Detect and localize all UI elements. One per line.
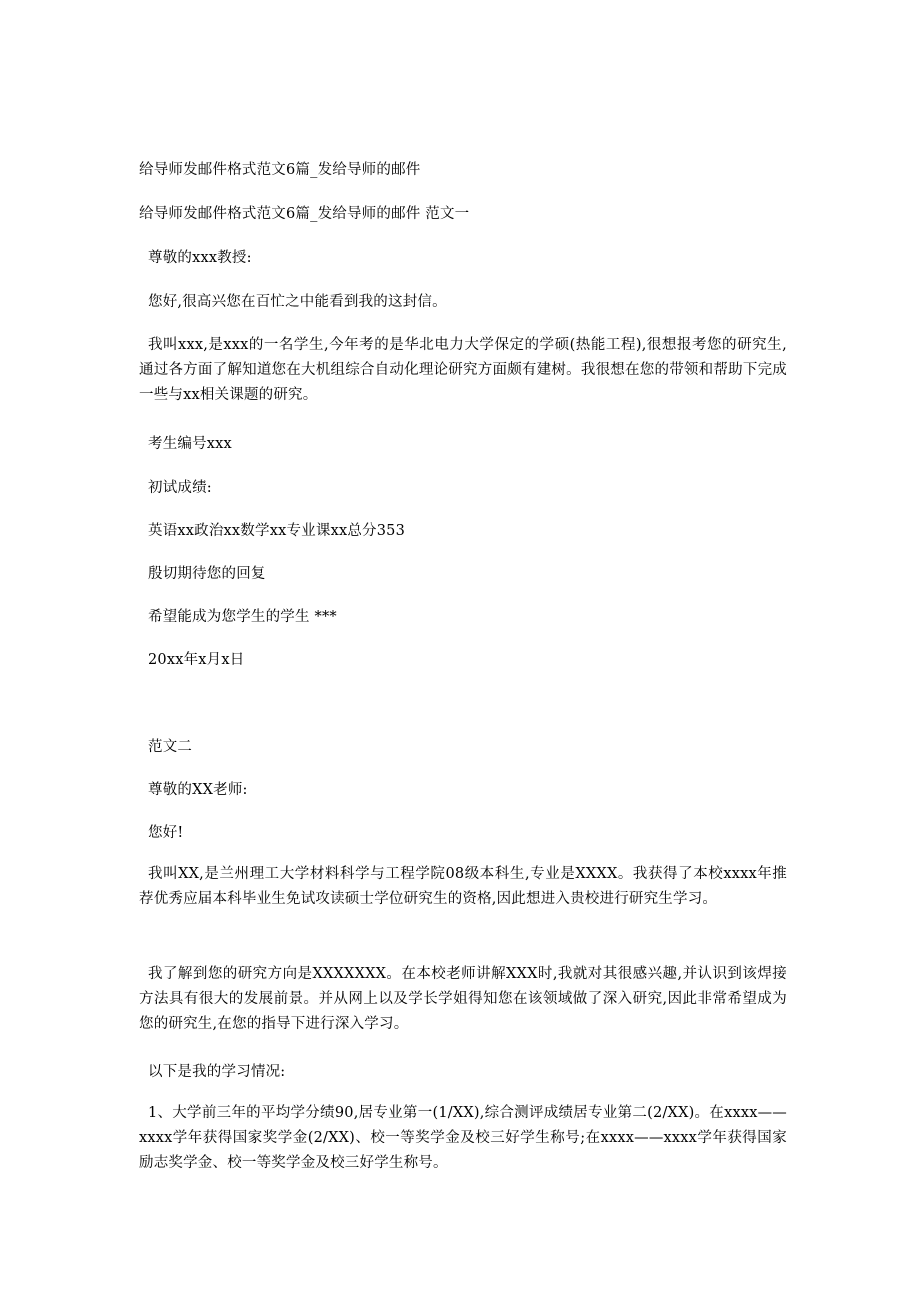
sample1-greeting: 您好,很高兴您在百忙之中能看到我的这封信。 <box>139 292 447 312</box>
sample2-item-1: 1、大学前三年的平均学分绩90,居专业第一(1/XX),综合测评成绩居专业第二(… <box>139 1101 787 1176</box>
sample1-scores-label: 初试成绩: <box>139 478 212 498</box>
sample1-scores: 英语xx政治xx数学xx专业课xx总分353 <box>139 521 405 541</box>
sample2-intro-paragraph: 我叫XX,是兰州理工大学材料科学与工程学院08级本科生,专业是XXXX。我获得了… <box>139 862 787 912</box>
sample1-salutation: 尊敬的xxx教授: <box>139 248 252 268</box>
sample2-salutation: 尊敬的XX老师: <box>139 780 248 800</box>
sample1-exam-number: 考生编号xxx <box>139 434 232 454</box>
document-title: 给导师发邮件格式范文6篇_发给导师的邮件 <box>139 160 420 180</box>
sample1-intro-paragraph: 我叫xxx,是xxx的一名学生,今年考的是华北电力大学保定的学硕(热能工程),很… <box>139 333 787 408</box>
document-subtitle: 给导师发邮件格式范文6篇_发给导师的邮件 范文一 <box>139 204 469 224</box>
sample1-closing: 殷切期待您的回复 <box>139 564 266 584</box>
sample2-heading: 范文二 <box>139 737 192 757</box>
sample1-date: 20xx年x月x日 <box>139 650 244 670</box>
sample2-study-label: 以下是我的学习情况: <box>139 1062 285 1082</box>
sample2-greeting: 您好! <box>139 823 183 843</box>
sample2-interest-paragraph: 我了解到您的研究方向是XXXXXXX。在本校老师讲解XXX时,我就对其很感兴趣,… <box>139 962 787 1037</box>
sample1-signature: 希望能成为您学生的学生 *** <box>139 607 337 627</box>
